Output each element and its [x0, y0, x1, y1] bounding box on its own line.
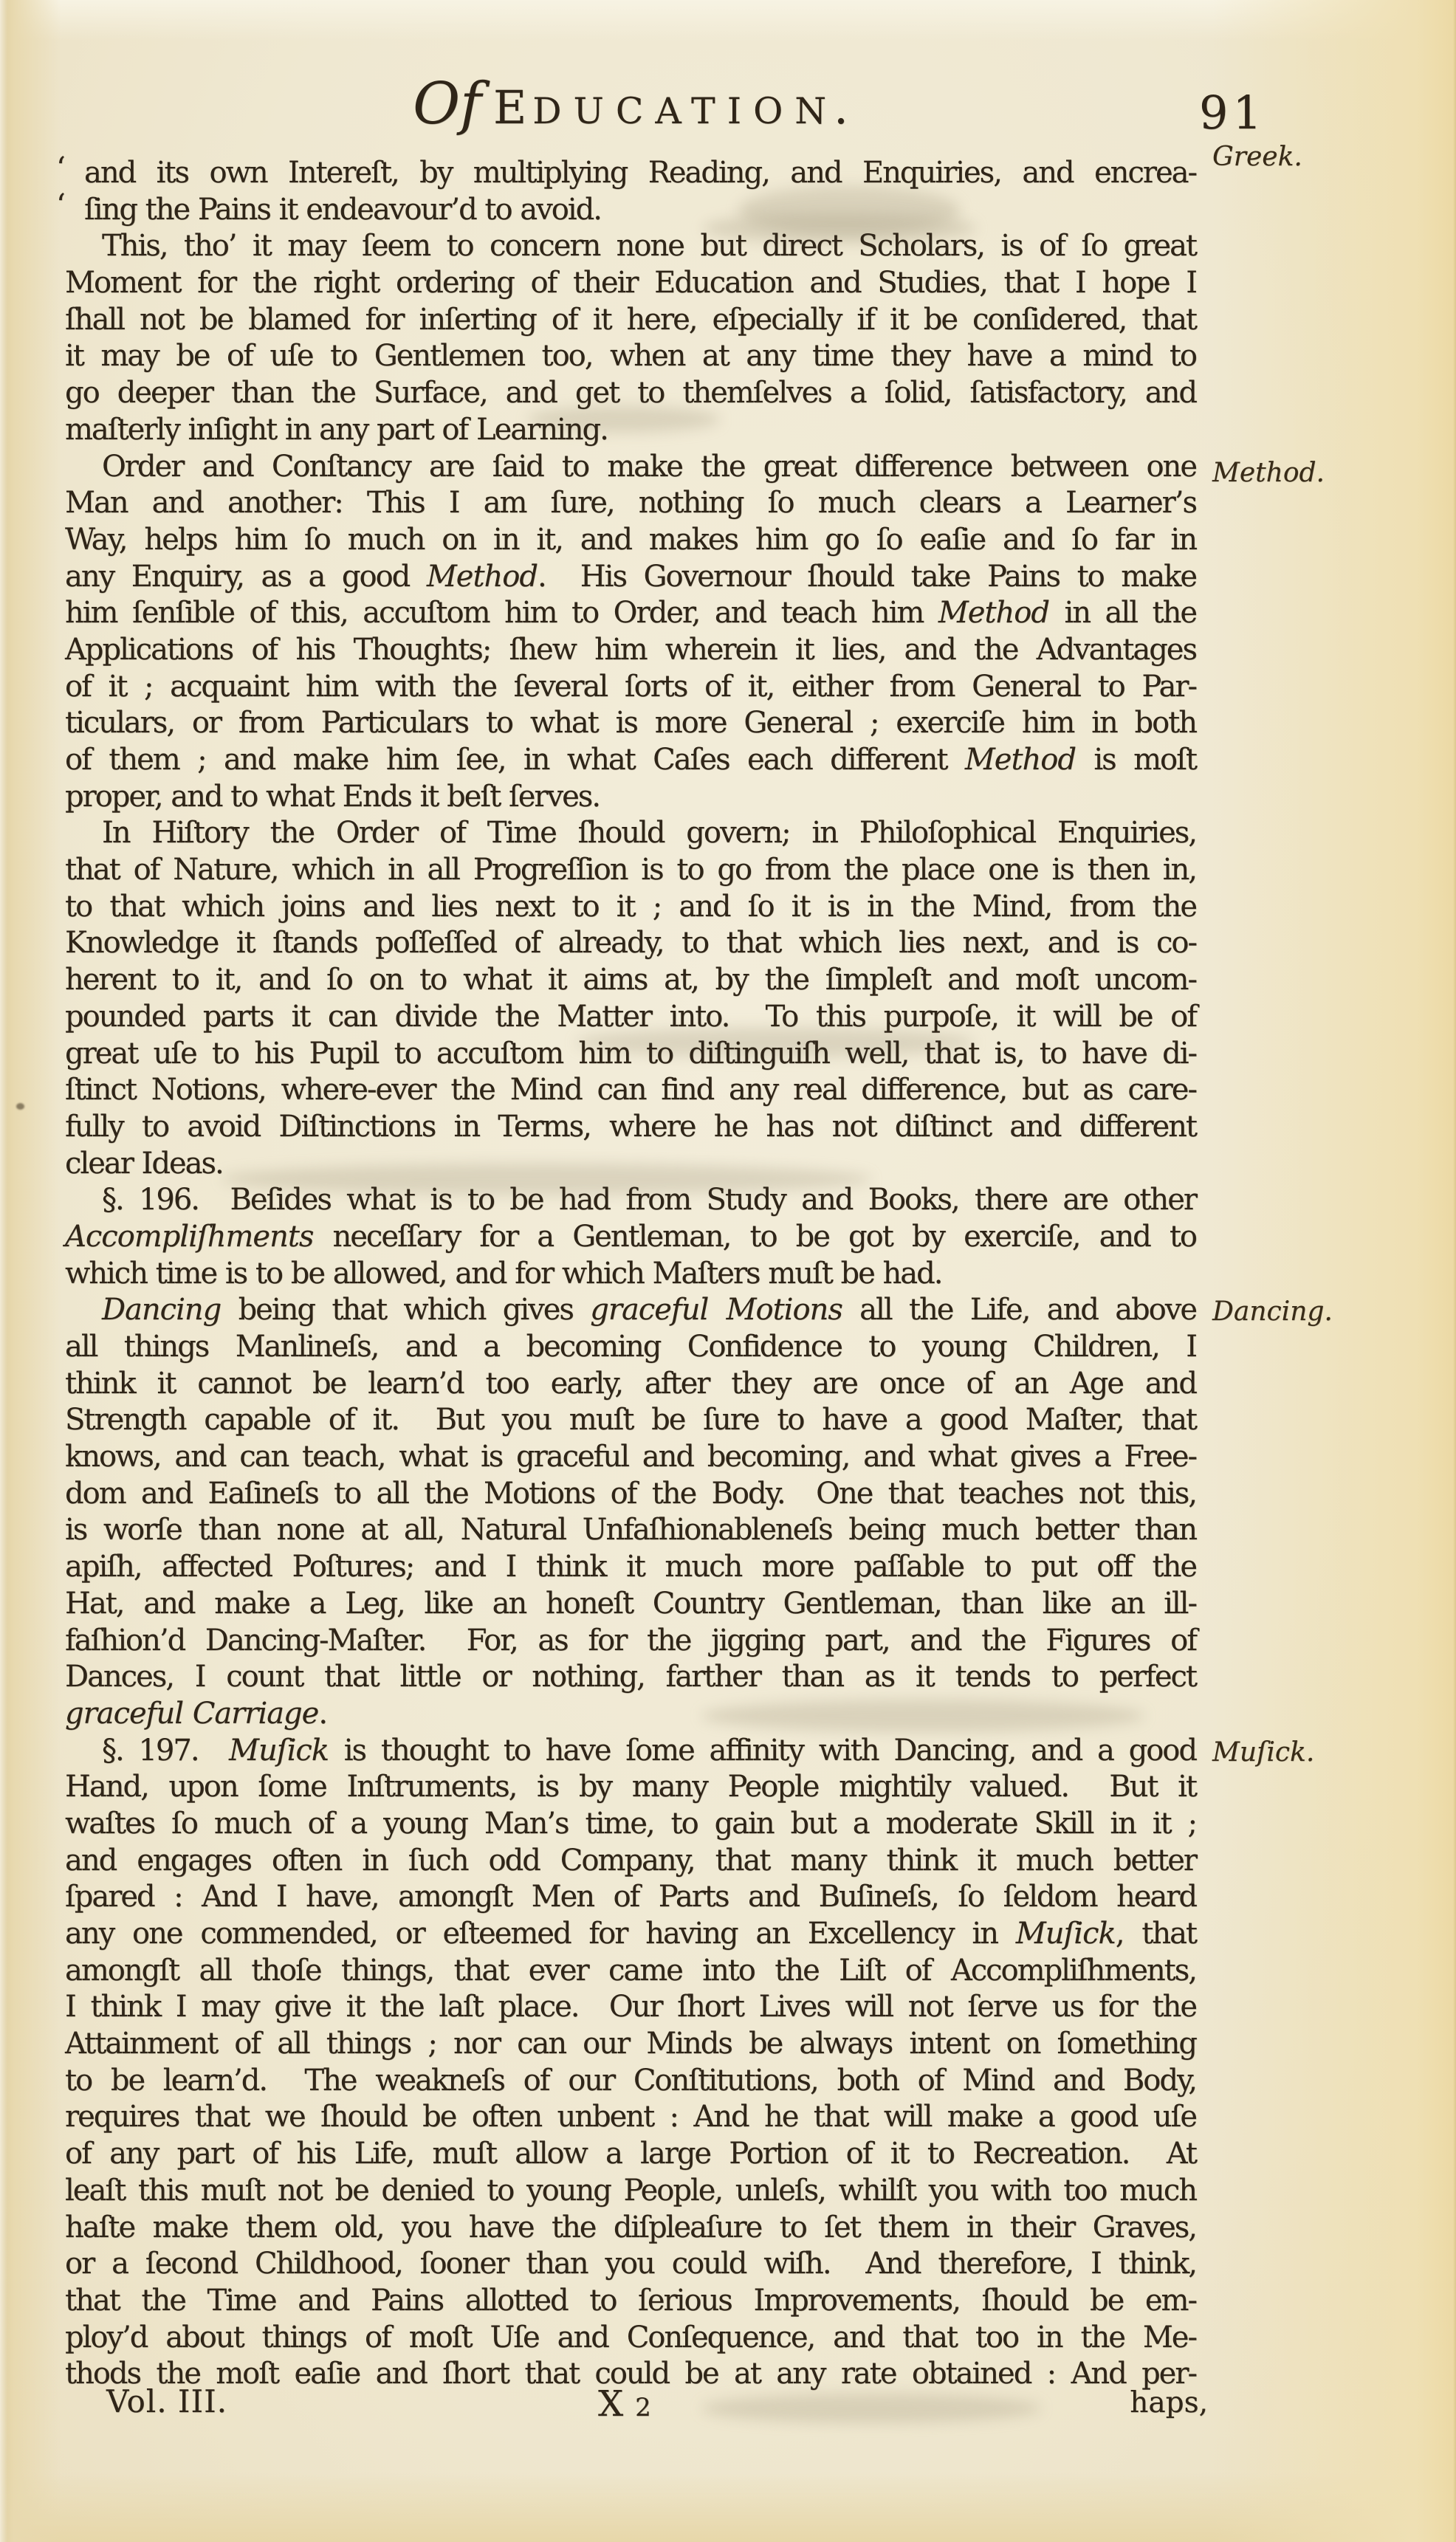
line-text: ſtinct Notions, where-ever the Mind can …: [65, 1073, 1196, 1107]
quotation-mark: ‘: [56, 151, 64, 188]
text-line: ticulars, or from Particulars to what is…: [65, 705, 1196, 742]
paragraph: Greek.‘and its own Intereſt, by multiply…: [65, 155, 1196, 228]
text-line: This, tho’ it may ſeem to concern none b…: [65, 228, 1196, 265]
line-text: of it ; acquaint him with the ſeveral ſo…: [65, 670, 1196, 704]
line-text: it may be of uſe to Gentlemen too, when …: [65, 339, 1196, 373]
text-line: proper, and to what Ends it beſt ſerves.: [65, 779, 1196, 816]
line-text: ploy’d about things of moſt Uſe and Conſ…: [65, 2321, 1196, 2354]
line-text: Dances, I count that little or nothing, …: [65, 1660, 1196, 1694]
text-line: to that which joins and lies next to it …: [65, 889, 1196, 926]
text-line: that of Nature, which in all Progreſſion…: [65, 852, 1196, 889]
paragraph: §. 196. Beſides what is to be had from S…: [65, 1182, 1196, 1292]
text-line: waſtes ſo much of a young Man’s time, to…: [65, 1806, 1196, 1843]
line-text: pounded parts it can divide the Matter i…: [65, 1000, 1196, 1034]
text-line: him ſenſible of this, accuſtom him to Or…: [65, 595, 1196, 632]
text-line: which time is to be allowed, and for whi…: [65, 1256, 1196, 1293]
line-text: that the Time and Pains allotted to ſeri…: [65, 2284, 1196, 2318]
line-text: I think I may give it the laſt place. Ou…: [65, 1990, 1196, 2024]
line-text: him ſenſible of this, accuſtom him to Or…: [65, 596, 1196, 630]
line-text: knows, and can teach, what is graceful a…: [65, 1440, 1196, 1474]
page-title: OfEDUCATION.: [65, 71, 1196, 137]
text-line: knows, and can teach, what is graceful a…: [65, 1439, 1196, 1476]
text-line: any Enquiry, as a good Method. His Gover…: [65, 559, 1196, 596]
margin-note: Dancing.: [1212, 1296, 1456, 1327]
line-text: great uſe to his Pupil to accuſtom him t…: [65, 1037, 1196, 1071]
line-text: leaſt this muſt not be denied to young P…: [65, 2174, 1196, 2208]
book-page-scan: OfEDUCATION. 91 Greek.‘and its own Inter…: [0, 0, 1456, 2542]
line-text: graceful Carriage.: [65, 1697, 326, 1731]
text-line: pounded parts it can divide the Matter i…: [65, 999, 1196, 1036]
line-text: Dancing being that which gives graceful …: [102, 1293, 1196, 1327]
paragraph: Muſick.§. 197. Muſick is thought to have…: [65, 1733, 1196, 2393]
paragraph: This, tho’ it may ſeem to concern none b…: [65, 228, 1196, 448]
text-line: ſtinct Notions, where-ever the Mind can …: [65, 1072, 1196, 1109]
line-text: ſhall not be blamed for inſerting of it …: [65, 303, 1196, 337]
page-title-period: .: [834, 80, 848, 134]
text-line: haſte make them old, you have the diſple…: [65, 2210, 1196, 2247]
line-text: herent to it, and ſo on to what it aims …: [65, 963, 1196, 997]
page-title-initial: E: [493, 80, 532, 134]
text-line: ‘and its own Intereſt, by multiplying Re…: [65, 155, 1196, 192]
line-text: ticulars, or from Particulars to what is…: [65, 706, 1196, 740]
line-text: Attainment of all things ; nor can our M…: [65, 2027, 1196, 2061]
line-text: Moment for the right ordering of their E…: [65, 266, 1196, 300]
line-text: apiſh, affected Poſtures; and I think it…: [65, 1550, 1196, 1584]
line-text: In Hiſtory the Order of Time ſhould gove…: [102, 816, 1196, 850]
line-text: Accompliſhments neceſſary for a Gentlema…: [65, 1220, 1196, 1254]
text-line: it may be of uſe to Gentlemen too, when …: [65, 338, 1196, 375]
line-text: is worſe than none at all, Natural Unfaſ…: [65, 1513, 1196, 1547]
text-line: apiſh, affected Poſtures; and I think it…: [65, 1549, 1196, 1586]
text-line: herent to it, and ſo on to what it aims …: [65, 962, 1196, 999]
line-text: Man and another: This I am ſure, nothing…: [65, 486, 1196, 520]
margin-note: Method.: [1212, 458, 1456, 489]
text-line: Dancing being that which gives graceful …: [65, 1292, 1196, 1329]
text-line: ploy’d about things of moſt Uſe and Conſ…: [65, 2320, 1196, 2357]
paragraph: Method.Order and Conſtancy are ſaid to m…: [65, 449, 1196, 816]
line-text: §. 197. Muſick is thought to have ſome a…: [102, 1734, 1196, 1768]
text-line: Man and another: This I am ſure, nothing…: [65, 485, 1196, 522]
line-text: to that which joins and lies next to it …: [65, 890, 1196, 924]
text-line: amongſt all thoſe things, that ever came…: [65, 1953, 1196, 1990]
text-line: graceful Carriage.: [65, 1696, 1196, 1733]
line-text: to be learn’d. The weakneſs of our Conſt…: [65, 2064, 1196, 2098]
text-line: great uſe to his Pupil to accuſtom him t…: [65, 1036, 1196, 1073]
text-line: to be learn’d. The weakneſs of our Conſt…: [65, 2063, 1196, 2100]
line-text: dom and Eaſineſs to all the Motions of t…: [65, 1477, 1196, 1511]
line-text: Hand, upon ſome Inſtruments, is by many …: [65, 1770, 1196, 1804]
text-line: any one commended, or eſteemed for havin…: [65, 1916, 1196, 1953]
line-text: maſterly inſight in any part of Learning…: [65, 413, 608, 447]
line-text: requires that we ſhould be often unbent …: [65, 2100, 1196, 2134]
text-line: Attainment of all things ; nor can our M…: [65, 2026, 1196, 2063]
signature-mark: X2: [598, 2383, 651, 2425]
text-line: Applications of his Thoughts; ſhew him w…: [65, 632, 1196, 669]
text-line: or a ſecond Childhood, ſooner than you c…: [65, 2246, 1196, 2283]
line-text: fully to avoid Diſtinctions in Terms, wh…: [65, 1110, 1196, 1144]
line-text: This, tho’ it may ſeem to concern none b…: [102, 229, 1196, 263]
line-text: clear Ideas.: [65, 1147, 223, 1181]
text-line: Strength capable of it. But you muſt be …: [65, 1402, 1196, 1439]
volume-label: Vol. III.: [106, 2383, 227, 2419]
line-text: proper, and to what Ends it beſt ſerves.: [65, 780, 600, 814]
line-text: Knowledge it ſtands poſſeſſed of already…: [65, 926, 1196, 960]
page-number: 91: [1199, 86, 1266, 140]
text-line: think it cannot be learn’d too early, af…: [65, 1366, 1196, 1403]
text-line: Order and Conſtancy are ſaid to make the…: [65, 449, 1196, 486]
text-line: ſpared : And I have, amongſt Men of Part…: [65, 1879, 1196, 1916]
line-text: of any part of his Life, muſt allow a la…: [65, 2137, 1196, 2171]
line-text: or a ſecond Childhood, ſooner than you c…: [65, 2247, 1196, 2281]
line-text: of them ; and make him ſee, in what Caſe…: [65, 743, 1196, 777]
line-text: Hat, and make a Leg, like an honeſt Coun…: [65, 1587, 1196, 1621]
page-footer: Vol. III. X2 haps,: [65, 2383, 1196, 2435]
text-line: I think I may give it the laſt place. Ou…: [65, 1989, 1196, 2026]
text-line: of it ; acquaint him with the ſeveral ſo…: [65, 669, 1196, 706]
page-title-caps: DUCATION: [532, 90, 838, 132]
text-line: Hat, and make a Leg, like an honeſt Coun…: [65, 1586, 1196, 1623]
text-line: faſhion’d Dancing-Maſter. For, as for th…: [65, 1623, 1196, 1660]
text-line: §. 197. Muſick is thought to have ſome a…: [65, 1733, 1196, 1770]
line-text: any one commended, or eſteemed for havin…: [65, 1917, 1196, 1951]
text-line: maſterly inſight in any part of Learning…: [65, 412, 1196, 449]
text-line: In Hiſtory the Order of Time ſhould gove…: [65, 815, 1196, 852]
text-line: is worſe than none at all, Natural Unfaſ…: [65, 1512, 1196, 1549]
line-text: amongſt all thoſe things, that ever came…: [65, 1954, 1196, 1988]
text-line: and engages often in ſuch odd Company, t…: [65, 1843, 1196, 1880]
line-text: haſte make them old, you have the diſple…: [65, 2210, 1196, 2244]
text-line: ſhall not be blamed for inſerting of it …: [65, 302, 1196, 339]
signature-letter: X: [598, 2383, 623, 2425]
text-line: of any part of his Life, muſt allow a la…: [65, 2136, 1196, 2173]
text-line: that the Time and Pains allotted to ſeri…: [65, 2283, 1196, 2320]
text-line: of them ; and make him ſee, in what Caſe…: [65, 742, 1196, 779]
text-line: Way, helps him ſo much on in it, and mak…: [65, 522, 1196, 559]
signature-number: 2: [635, 2393, 651, 2422]
line-text: which time is to be allowed, and for whi…: [65, 1257, 941, 1291]
line-text: that of Nature, which in all Progreſſion…: [65, 853, 1196, 887]
line-text: and its own Intereſt, by multiplying Rea…: [84, 156, 1196, 190]
text-line: Accompliſhments neceſſary for a Gentlema…: [65, 1219, 1196, 1256]
text-line: dom and Eaſineſs to all the Motions of t…: [65, 1476, 1196, 1513]
line-text: ſpared : And I have, amongſt Men of Part…: [65, 1880, 1196, 1914]
ink-spot: [16, 1103, 24, 1110]
line-text: Order and Conſtancy are ſaid to make the…: [102, 450, 1196, 484]
text-line: ‘ſing the Pains it endeavour’d to avoid.: [65, 192, 1196, 229]
quotation-mark: ‘: [56, 188, 64, 224]
paragraph: Dancing.Dancing being that which gives g…: [65, 1292, 1196, 1732]
margin-note: Muſick.: [1212, 1737, 1456, 1768]
line-text: all things Manlineſs, and a becoming Con…: [65, 1330, 1196, 1364]
line-text: and engages often in ſuch odd Company, t…: [65, 1844, 1196, 1878]
line-text: think it cannot be learn’d too early, af…: [65, 1367, 1196, 1401]
line-text: ſing the Pains it endeavour’d to avoid.: [84, 193, 601, 227]
line-text: any Enquiry, as a good Method. His Gover…: [65, 560, 1196, 594]
text-line: fully to avoid Diſtinctions in Terms, wh…: [65, 1109, 1196, 1146]
text-line: §. 196. Beſides what is to be had from S…: [65, 1182, 1196, 1219]
text-line: Moment for the right ordering of their E…: [65, 265, 1196, 302]
text-line: requires that we ſhould be often unbent …: [65, 2099, 1196, 2136]
line-text: go deeper than the Surface, and get to t…: [65, 376, 1196, 410]
text-column: Greek.‘and its own Intereſt, by multiply…: [65, 155, 1196, 2393]
text-line: leaſt this muſt not be denied to young P…: [65, 2173, 1196, 2210]
catchword: haps,: [1130, 2386, 1208, 2419]
text-line: Dances, I count that little or nothing, …: [65, 1659, 1196, 1696]
text-line: clear Ideas.: [65, 1146, 1196, 1183]
line-text: waſtes ſo much of a young Man’s time, to…: [65, 1807, 1196, 1841]
line-text: Applications of his Thoughts; ſhew him w…: [65, 633, 1196, 667]
page-title-of: Of: [413, 71, 481, 137]
line-text: Way, helps him ſo much on in it, and mak…: [65, 523, 1196, 557]
text-line: all things Manlineſs, and a becoming Con…: [65, 1329, 1196, 1366]
line-text: faſhion’d Dancing-Maſter. For, as for th…: [65, 1624, 1196, 1658]
line-text: Strength capable of it. But you muſt be …: [65, 1403, 1196, 1437]
text-line: Hand, upon ſome Inſtruments, is by many …: [65, 1769, 1196, 1806]
text-line: Knowledge it ſtands poſſeſſed of already…: [65, 925, 1196, 962]
margin-note: Greek.: [1212, 142, 1456, 173]
paragraph: In Hiſtory the Order of Time ſhould gove…: [65, 815, 1196, 1182]
line-text: §. 196. Beſides what is to be had from S…: [102, 1183, 1196, 1217]
text-line: go deeper than the Surface, and get to t…: [65, 375, 1196, 412]
